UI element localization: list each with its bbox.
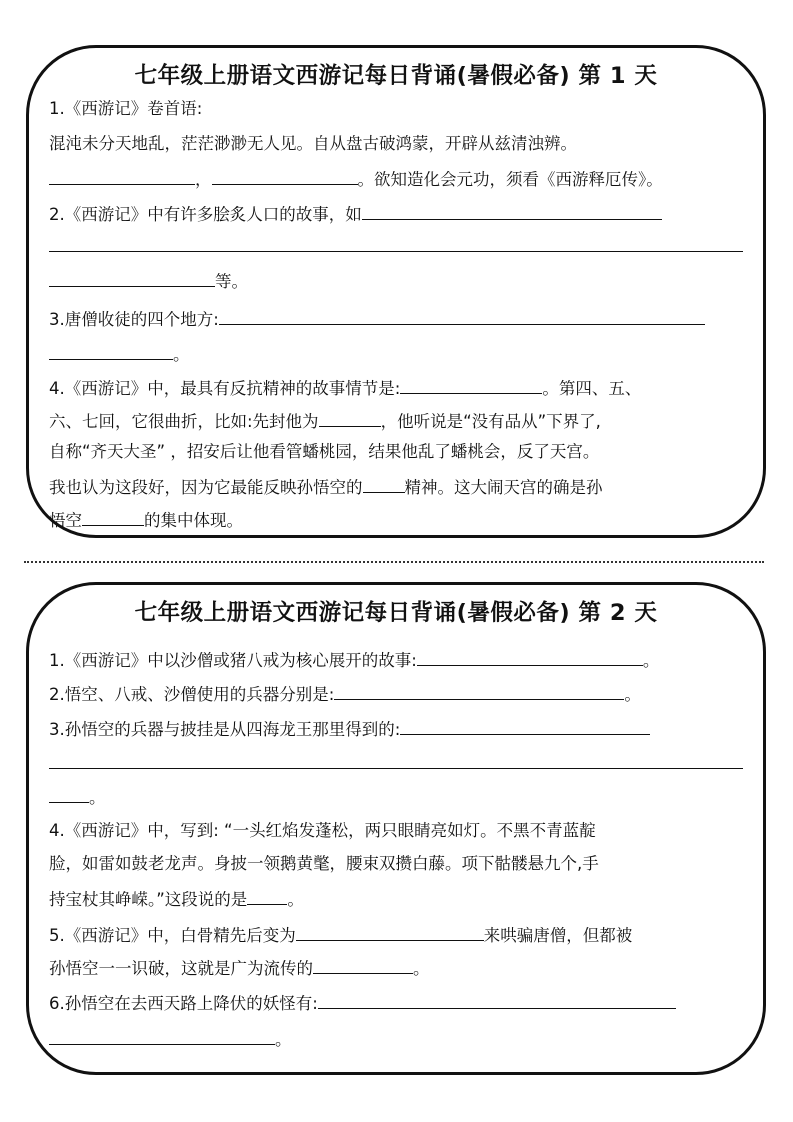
answer-blank[interactable]: [219, 306, 705, 325]
day1-q3: 3.唐僧收徒的四个地方:: [49, 306, 705, 331]
day1-q4-line1: 4.《西游记》中，最具有反抗精神的故事情节是:。第四、五、: [49, 375, 641, 400]
answer-blank[interactable]: [334, 681, 624, 700]
answer-blank[interactable]: [313, 955, 413, 974]
answer-blank[interactable]: [296, 922, 484, 941]
day-2-title: 七年级上册语文西游记每日背诵(暑假必备) 第 2 天: [29, 595, 763, 627]
day2-q4-line2: 脸，如雷如鼓老龙声。身披一领鹅黄氅，腰束双攒白藤。项下骷髅悬九个,手: [49, 853, 599, 875]
answer-blank[interactable]: [49, 268, 215, 287]
day1-q4-line5: 悟空的集中体现。: [49, 507, 243, 532]
day1-q4-line3: 自称“齐天大圣” ，招安后让他看管蟠桃园，结果他乱了蟠桃会，反了天宫。: [49, 441, 599, 463]
answer-blank[interactable]: [319, 408, 381, 427]
answer-blank[interactable]: [247, 886, 287, 905]
day1-q3-line2: 。: [49, 341, 190, 366]
day1-q2-line2: [49, 233, 743, 258]
answer-blank[interactable]: [49, 750, 743, 769]
day1-q2: 2.《西游记》中有许多脍炙人口的故事，如: [49, 201, 662, 226]
day1-q1-line2: ，。欲知造化会元功，须看《西游释厄传》。: [49, 166, 663, 191]
day-1-title: 七年级上册语文西游记每日背诵(暑假必备) 第 1 天: [29, 58, 763, 90]
answer-blank[interactable]: [400, 716, 650, 735]
answer-blank[interactable]: [400, 375, 542, 394]
day2-q1: 1.《西游记》中以沙僧或猪八戒为核心展开的故事:。: [49, 647, 659, 672]
day-2-card: 七年级上册语文西游记每日背诵(暑假必备) 第 2 天 1.《西游记》中以沙僧或猪…: [26, 582, 766, 1075]
day2-q3-line3: 。: [49, 784, 106, 809]
answer-blank[interactable]: [417, 647, 643, 666]
day1-q1-label: 1.《西游记》卷首语:: [49, 98, 202, 120]
day-1-card: 七年级上册语文西游记每日背诵(暑假必备) 第 1 天 1.《西游记》卷首语: 混…: [26, 45, 766, 538]
day2-q3: 3.孙悟空的兵器与披挂是从四海龙王那里得到的:: [49, 716, 650, 741]
answer-blank[interactable]: [318, 990, 676, 1009]
answer-blank[interactable]: [82, 507, 144, 526]
dotted-cut-line: [24, 561, 764, 563]
day2-q4-line3: 持宝杖其峥嵘。”这段说的是。: [49, 886, 304, 911]
answer-blank[interactable]: [212, 166, 358, 185]
answer-blank[interactable]: [49, 233, 743, 252]
day1-q2-line3: 等。: [49, 268, 248, 293]
day1-q1-line1: 混沌未分天地乱，茫茫渺渺无人见。自从盘古破鸿蒙，开辟从兹清浊辨。: [49, 133, 577, 155]
answer-blank[interactable]: [49, 166, 195, 185]
answer-blank[interactable]: [49, 784, 89, 803]
day2-q5-line1: 5.《西游记》中，白骨精先后变为来哄骗唐僧，但都被: [49, 922, 632, 947]
answer-blank[interactable]: [363, 474, 405, 493]
answer-blank[interactable]: [362, 201, 662, 220]
answer-blank[interactable]: [49, 1026, 275, 1045]
day2-q6-line2: 。: [49, 1026, 292, 1051]
day1-q4-line4: 我也认为这段好，因为它最能反映孙悟空的精神。这大闹天宫的确是孙: [49, 474, 603, 499]
day2-q6: 6.孙悟空在去西天路上降伏的妖怪有:: [49, 990, 676, 1015]
day2-q3-line2: [49, 750, 743, 775]
day1-q4-line2: 六、七回，它很曲折，比如:先封他为，他听说是“没有品从”下界了,: [49, 408, 601, 433]
day2-q5-line2: 孙悟空一一识破，这就是广为流传的。: [49, 955, 430, 980]
day2-q2: 2.悟空、八戒、沙僧使用的兵器分别是:。: [49, 681, 641, 706]
answer-blank[interactable]: [49, 341, 173, 360]
day2-q4-line1: 4.《西游记》中，写到: “一头红焰发蓬松，两只眼睛亮如灯。不黑不青蓝靛: [49, 820, 596, 842]
